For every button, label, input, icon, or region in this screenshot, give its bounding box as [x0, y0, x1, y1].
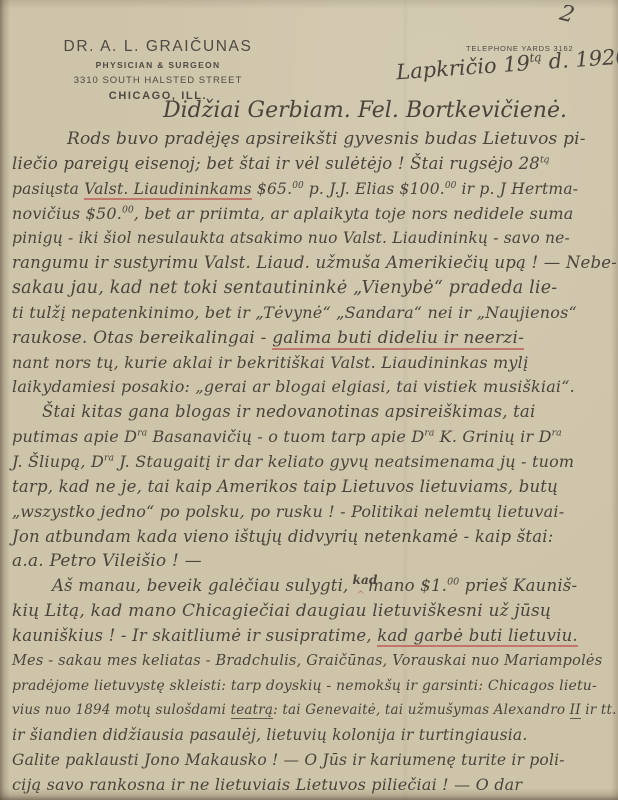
- date-ordinal: tą: [529, 50, 542, 65]
- letter-line: Jon atbundam kada vieno ištųjų didvyrių …: [12, 525, 616, 550]
- letter-line: J. Šliupą, Dra J. Staugaitį ir dar kelia…: [12, 450, 616, 475]
- letter-line: pasiųsta Valst. Liaudininkams $65.00 p. …: [12, 177, 616, 202]
- letter-line: vius nuo 1894 motų sulošdami teatrą: tai…: [12, 698, 616, 723]
- letter-body: Rods buvo pradėjęs apsireikšti gyvesnis …: [12, 127, 616, 798]
- letter-text: pinigų - iki šiol nesulaukta atsakimo nu…: [12, 229, 570, 247]
- letter-text: pasiųsta: [12, 180, 84, 198]
- letter-text: „wszystko jedno“ po polsku, po rusku ! -…: [12, 502, 564, 521]
- letter-text: liečio pareigų eisenoj; bet štai ir vėl …: [12, 154, 540, 173]
- letter-text: rangumu ir sustyrimu Valst. Liaud. užmuš…: [12, 253, 617, 272]
- letter-text: vius nuo 1894 motų sulošdami: [12, 702, 231, 718]
- letter-text: Mes - sakau mes keliatas - Bradchulis, G…: [12, 653, 602, 669]
- letter-line: a.a. Petro Vileišio ! —: [12, 549, 616, 574]
- letter-text: ti tulžį nepatenkinimo, bet ir „Tėvynė“ …: [12, 303, 577, 322]
- letter-text: putimas apie D: [12, 427, 137, 446]
- insertion-mark: kad^: [349, 581, 363, 591]
- page-number: 2: [557, 1, 577, 29]
- letter-line: pinigų - iki šiol nesulaukta atsakimo nu…: [12, 226, 616, 251]
- letter-text: p. J.J. Elias $100.: [304, 180, 445, 198]
- letter-page: 2 DR. A. L. GRAIČUNAS PHYSICIAN & SURGEO…: [0, 0, 618, 800]
- letter-line: rangumu ir sustyrimu Valst. Liaud. užmuš…: [12, 251, 616, 276]
- letter-text: J. Šliupą, D: [12, 452, 104, 471]
- letter-text: ra: [104, 453, 114, 464]
- underlined-text: galima buti dideliu ir neerzi-: [272, 328, 524, 350]
- letterhead-name: DR. A. L. GRAIČUNAS: [42, 38, 274, 56]
- letter-text: ir šiandien didžiausia pasaulėj, lietuvi…: [12, 726, 527, 744]
- underlined-text: kad garbė buti lietuviu.: [377, 626, 578, 647]
- letter-text: ra: [552, 428, 562, 439]
- letter-text: laikydamiesi posakio: „gerai ar blogai e…: [12, 377, 575, 396]
- letter-text: Rods buvo pradėjęs apsireikšti gyvesnis …: [67, 129, 586, 149]
- letter-text: , bet ar priimta, ar aplaikyta toje nors…: [134, 204, 574, 223]
- letter-text: tą: [540, 154, 550, 165]
- letter-line: ti tulžį nepatenkinimo, bet ir „Tėvynė“ …: [12, 301, 616, 326]
- letter-text: pradėjome lietuvystę skleisti: tarp doys…: [12, 678, 597, 694]
- letter-text: Aš manau, beveik galėčiau sulygti,: [52, 576, 349, 595]
- letter-line: ciją savo rankosna ir ne lietuviais Liet…: [12, 773, 616, 798]
- letter-text: K. Grinių ir D: [434, 427, 551, 446]
- letter-text: Galite paklausti Jono Makausko ! — O Jūs…: [12, 751, 565, 769]
- letter-text: ciją savo rankosna ir ne lietuviais Liet…: [12, 775, 522, 794]
- letter-text: 00: [447, 577, 459, 588]
- letter-text: nant nors tų, kurie aklai ir bekritiškai…: [12, 353, 528, 372]
- letter-text: a.a. Petro Vileišio ! —: [12, 551, 202, 571]
- letter-text: ir tt.: [581, 702, 617, 718]
- letter-line: Aš manau, beveik galėčiau sulygti,kad^ m…: [12, 574, 616, 599]
- letterhead-title: PHYSICIAN & SURGEON: [42, 60, 274, 70]
- letter-text: kauniškius ! - Ir skaitliumė ir susiprat…: [12, 626, 377, 645]
- letter-text: ra: [137, 428, 147, 439]
- letter-text: 00: [122, 204, 134, 215]
- underlined-text: teatrą: [231, 702, 274, 719]
- letter-text: Jon atbundam kada vieno ištųjų didvyrių …: [12, 527, 554, 546]
- letter-text: Basanavičių - o tuom tarp apie D: [147, 427, 424, 446]
- letter-text: $65.: [252, 180, 292, 198]
- letter-line: nant nors tų, kurie aklai ir bekritiškai…: [12, 351, 616, 376]
- letter-text: tarp, kad ne je, tai kaip Amerikos taip …: [12, 477, 558, 496]
- letter-line: raukose. Otas bereikalingai - galima but…: [12, 326, 616, 351]
- date-main: Lapkričio 19: [395, 51, 530, 84]
- letter-line: tarp, kad ne je, tai kaip Amerikos taip …: [12, 475, 616, 500]
- letter-text: Štai kitas gana blogas ir nedovanotinas …: [42, 402, 535, 421]
- letter-line: putimas apie Dra Basanavičių - o tuom ta…: [12, 425, 616, 450]
- letter-line: novičius $50.00, bet ar priimta, ar apla…: [12, 202, 616, 227]
- letter-text: prieš Kauniš-: [459, 576, 577, 595]
- letter-text: kių Litą, kad mano Chicagiečiai daugiau …: [12, 601, 551, 621]
- letter-text: 00: [445, 181, 456, 191]
- letter-line: kių Litą, kad mano Chicagiečiai daugiau …: [12, 599, 616, 624]
- letter-line: Galite paklausti Jono Makausko ! — O Jūs…: [12, 748, 616, 773]
- letter-text: raukose. Otas bereikalingai -: [12, 328, 272, 348]
- letter-line: sakau jau, kad net toki sentautininkė „V…: [12, 276, 616, 301]
- letter-line: Štai kitas gana blogas ir nedovanotinas …: [12, 400, 616, 425]
- letter-text: novičius $50.: [12, 204, 122, 223]
- letter-text: ra: [424, 428, 434, 439]
- letter-text: sakau jau, kad net toki sentautininkė „V…: [12, 278, 557, 298]
- letterhead: DR. A. L. GRAIČUNAS PHYSICIAN & SURGEON …: [42, 38, 274, 102]
- letter-line: „wszystko jedno“ po polsku, po rusku ! -…: [12, 500, 616, 525]
- letter-line: Rods buvo pradėjęs apsireikšti gyvesnis …: [12, 127, 616, 152]
- underlined-text: Valst. Liaudininkams: [84, 180, 252, 200]
- letter-text: : tai Genevaitė, tai užmušymas Alexandro: [273, 702, 570, 718]
- letter-text: 00: [292, 181, 303, 191]
- letter-line: pradėjome lietuvystę skleisti: tarp doys…: [12, 674, 616, 699]
- letter-line: kauniškius ! - Ir skaitliumė ir susiprat…: [12, 624, 616, 649]
- letter-line: laikydamiesi posakio: „gerai ar blogai e…: [12, 375, 616, 400]
- underlined-text: II: [570, 702, 581, 719]
- insertion-caret: ^: [357, 584, 366, 609]
- salutation: Didžiai Gerbiam. Fel. Bortkevičienė.: [163, 98, 567, 123]
- letter-line: ir šiandien didžiausia pasaulėj, lietuvi…: [12, 723, 616, 748]
- letter-text: J. Staugaitį ir dar keliato gyvų neatsim…: [114, 452, 574, 471]
- letterhead-address: 3310 SOUTH HALSTED STREET: [42, 75, 274, 86]
- letter-text: ir p. J Hertma-: [456, 180, 578, 198]
- letter-line: liečio pareigų eisenoj; bet štai ir vėl …: [12, 152, 616, 177]
- letter-line: Mes - sakau mes keliatas - Bradchulis, G…: [12, 649, 616, 674]
